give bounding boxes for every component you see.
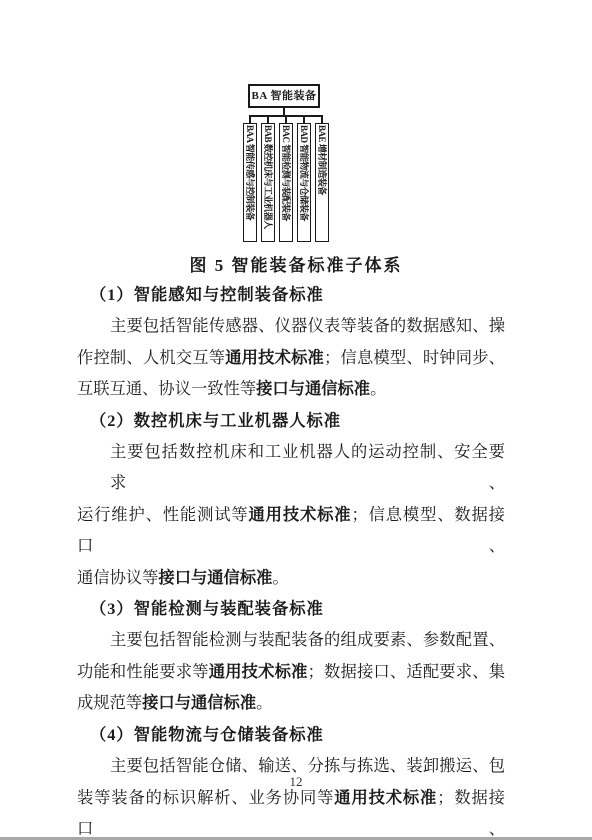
diagram-child-node-baa: BAA 智能传感与控制装备 xyxy=(243,123,257,242)
body-text-run: 装等装备的标识解析、业务协同等 xyxy=(77,788,334,807)
figure-5-diagram: BA 智能装备 BAA 智能传感与控制装备 BAB 数控机床与工业机器人 BAC… xyxy=(243,84,329,242)
paragraph-line: 主要包括智能传感器、仪器仪表等装备的数据感知、操 xyxy=(77,310,505,341)
diagram-child-node-bac: BAC 智能检测与装配装备 xyxy=(279,123,293,242)
body-text-run: 运行维护、性能测试等 xyxy=(77,505,249,524)
body-text-run: 成规范等 xyxy=(77,693,142,712)
paragraph-line: 通信协议等接口与通信标准。 xyxy=(77,562,505,593)
section-heading-3: （3）智能检测与装配装备标准 xyxy=(77,593,505,624)
body-text-run: 主要包括智能检测与装配装备的组成要素、参数配置、 xyxy=(110,630,505,649)
diagram-child-node-bae: BAE 增材制造装备 xyxy=(315,123,329,242)
body-text: （1）智能感知与控制装备标准主要包括智能传感器、仪器仪表等装备的数据感知、操作控… xyxy=(77,279,505,840)
figure-caption: 图 5 智能装备标准子体系 xyxy=(0,251,592,276)
section-heading-1: （1）智能感知与控制装备标准 xyxy=(77,279,505,310)
bold-standard-term: 通用技术标准 xyxy=(225,348,324,367)
paragraph-line: 功能和性能要求等通用技术标准；数据接口、适配要求、集 xyxy=(77,656,505,687)
diagram-child-node-bad: BAD 智能物流与仓储装备 xyxy=(297,123,311,242)
paragraph-line: 主要包括数控机床和工业机器人的运动控制、安全要求、 xyxy=(77,436,505,499)
diagram-child-label: BAB 数控机床与工业机器人 xyxy=(262,124,274,241)
paragraph-line: 作控制、人机交互等通用技术标准；信息模型、时钟同步、 xyxy=(77,342,505,373)
diagram-child-label: BAD 智能物流与仓储装备 xyxy=(298,124,310,241)
bold-standard-term: 通用技术标准 xyxy=(249,505,352,524)
body-text-run: 作控制、人机交互等 xyxy=(77,348,225,367)
paragraph-line: 装等装备的标识解析、业务协同等通用技术标准；数据接口、 xyxy=(77,782,505,840)
paragraph-line: 主要包括智能检测与装配装备的组成要素、参数配置、 xyxy=(77,624,505,655)
paragraph-line: 运行维护、性能测试等通用技术标准；信息模型、数据接口、 xyxy=(77,499,505,562)
document-page: { "figure": { "root_label": "BA 智能装备", "… xyxy=(0,0,592,840)
body-text-run: 。 xyxy=(272,568,288,587)
section-heading-4: （4）智能物流与仓储装备标准 xyxy=(77,719,505,750)
body-text-run: 功能和性能要求等 xyxy=(77,662,209,681)
paragraph-line: 成规范等接口与通信标准。 xyxy=(77,687,505,718)
body-text-run: 主要包括智能仓储、输送、分拣与拣选、装卸搬运、包 xyxy=(110,756,505,775)
paragraph-line: 互联互通、协议一致性等接口与通信标准。 xyxy=(77,373,505,404)
bold-standard-term: 接口与通信标准 xyxy=(256,379,370,398)
body-text-run: 主要包括数控机床和工业机器人的运动控制、安全要求、 xyxy=(110,442,505,492)
body-text-run: 主要包括智能传感器、仪器仪表等装备的数据感知、操 xyxy=(110,316,505,335)
body-text-run: ；数据接口、适配要求、集 xyxy=(308,662,505,681)
section-heading-2: （2）数控机床与工业机器人标准 xyxy=(77,405,505,436)
body-text-run: 。 xyxy=(256,693,272,712)
diagram-root-node: BA 智能装备 xyxy=(248,84,320,108)
body-text-run: 通信协议等 xyxy=(77,568,158,587)
diagram-child-node-bab: BAB 数控机床与工业机器人 xyxy=(261,123,275,242)
page-number: 12 xyxy=(0,774,592,790)
body-text-run: 。 xyxy=(370,379,386,398)
bold-standard-term: 接口与通信标准 xyxy=(158,568,272,587)
bold-standard-term: 通用技术标准 xyxy=(334,788,437,807)
diagram-child-label: BAE 增材制造装备 xyxy=(316,124,328,241)
bold-standard-term: 接口与通信标准 xyxy=(142,693,256,712)
body-text-run: 互联互通、协议一致性等 xyxy=(77,379,256,398)
bold-standard-term: 通用技术标准 xyxy=(209,662,308,681)
diagram-child-label: BAA 智能传感与控制装备 xyxy=(244,124,256,241)
body-text-run: ；信息模型、时钟同步、 xyxy=(324,348,505,367)
diagram-child-label: BAC 智能检测与装配装备 xyxy=(280,124,292,241)
